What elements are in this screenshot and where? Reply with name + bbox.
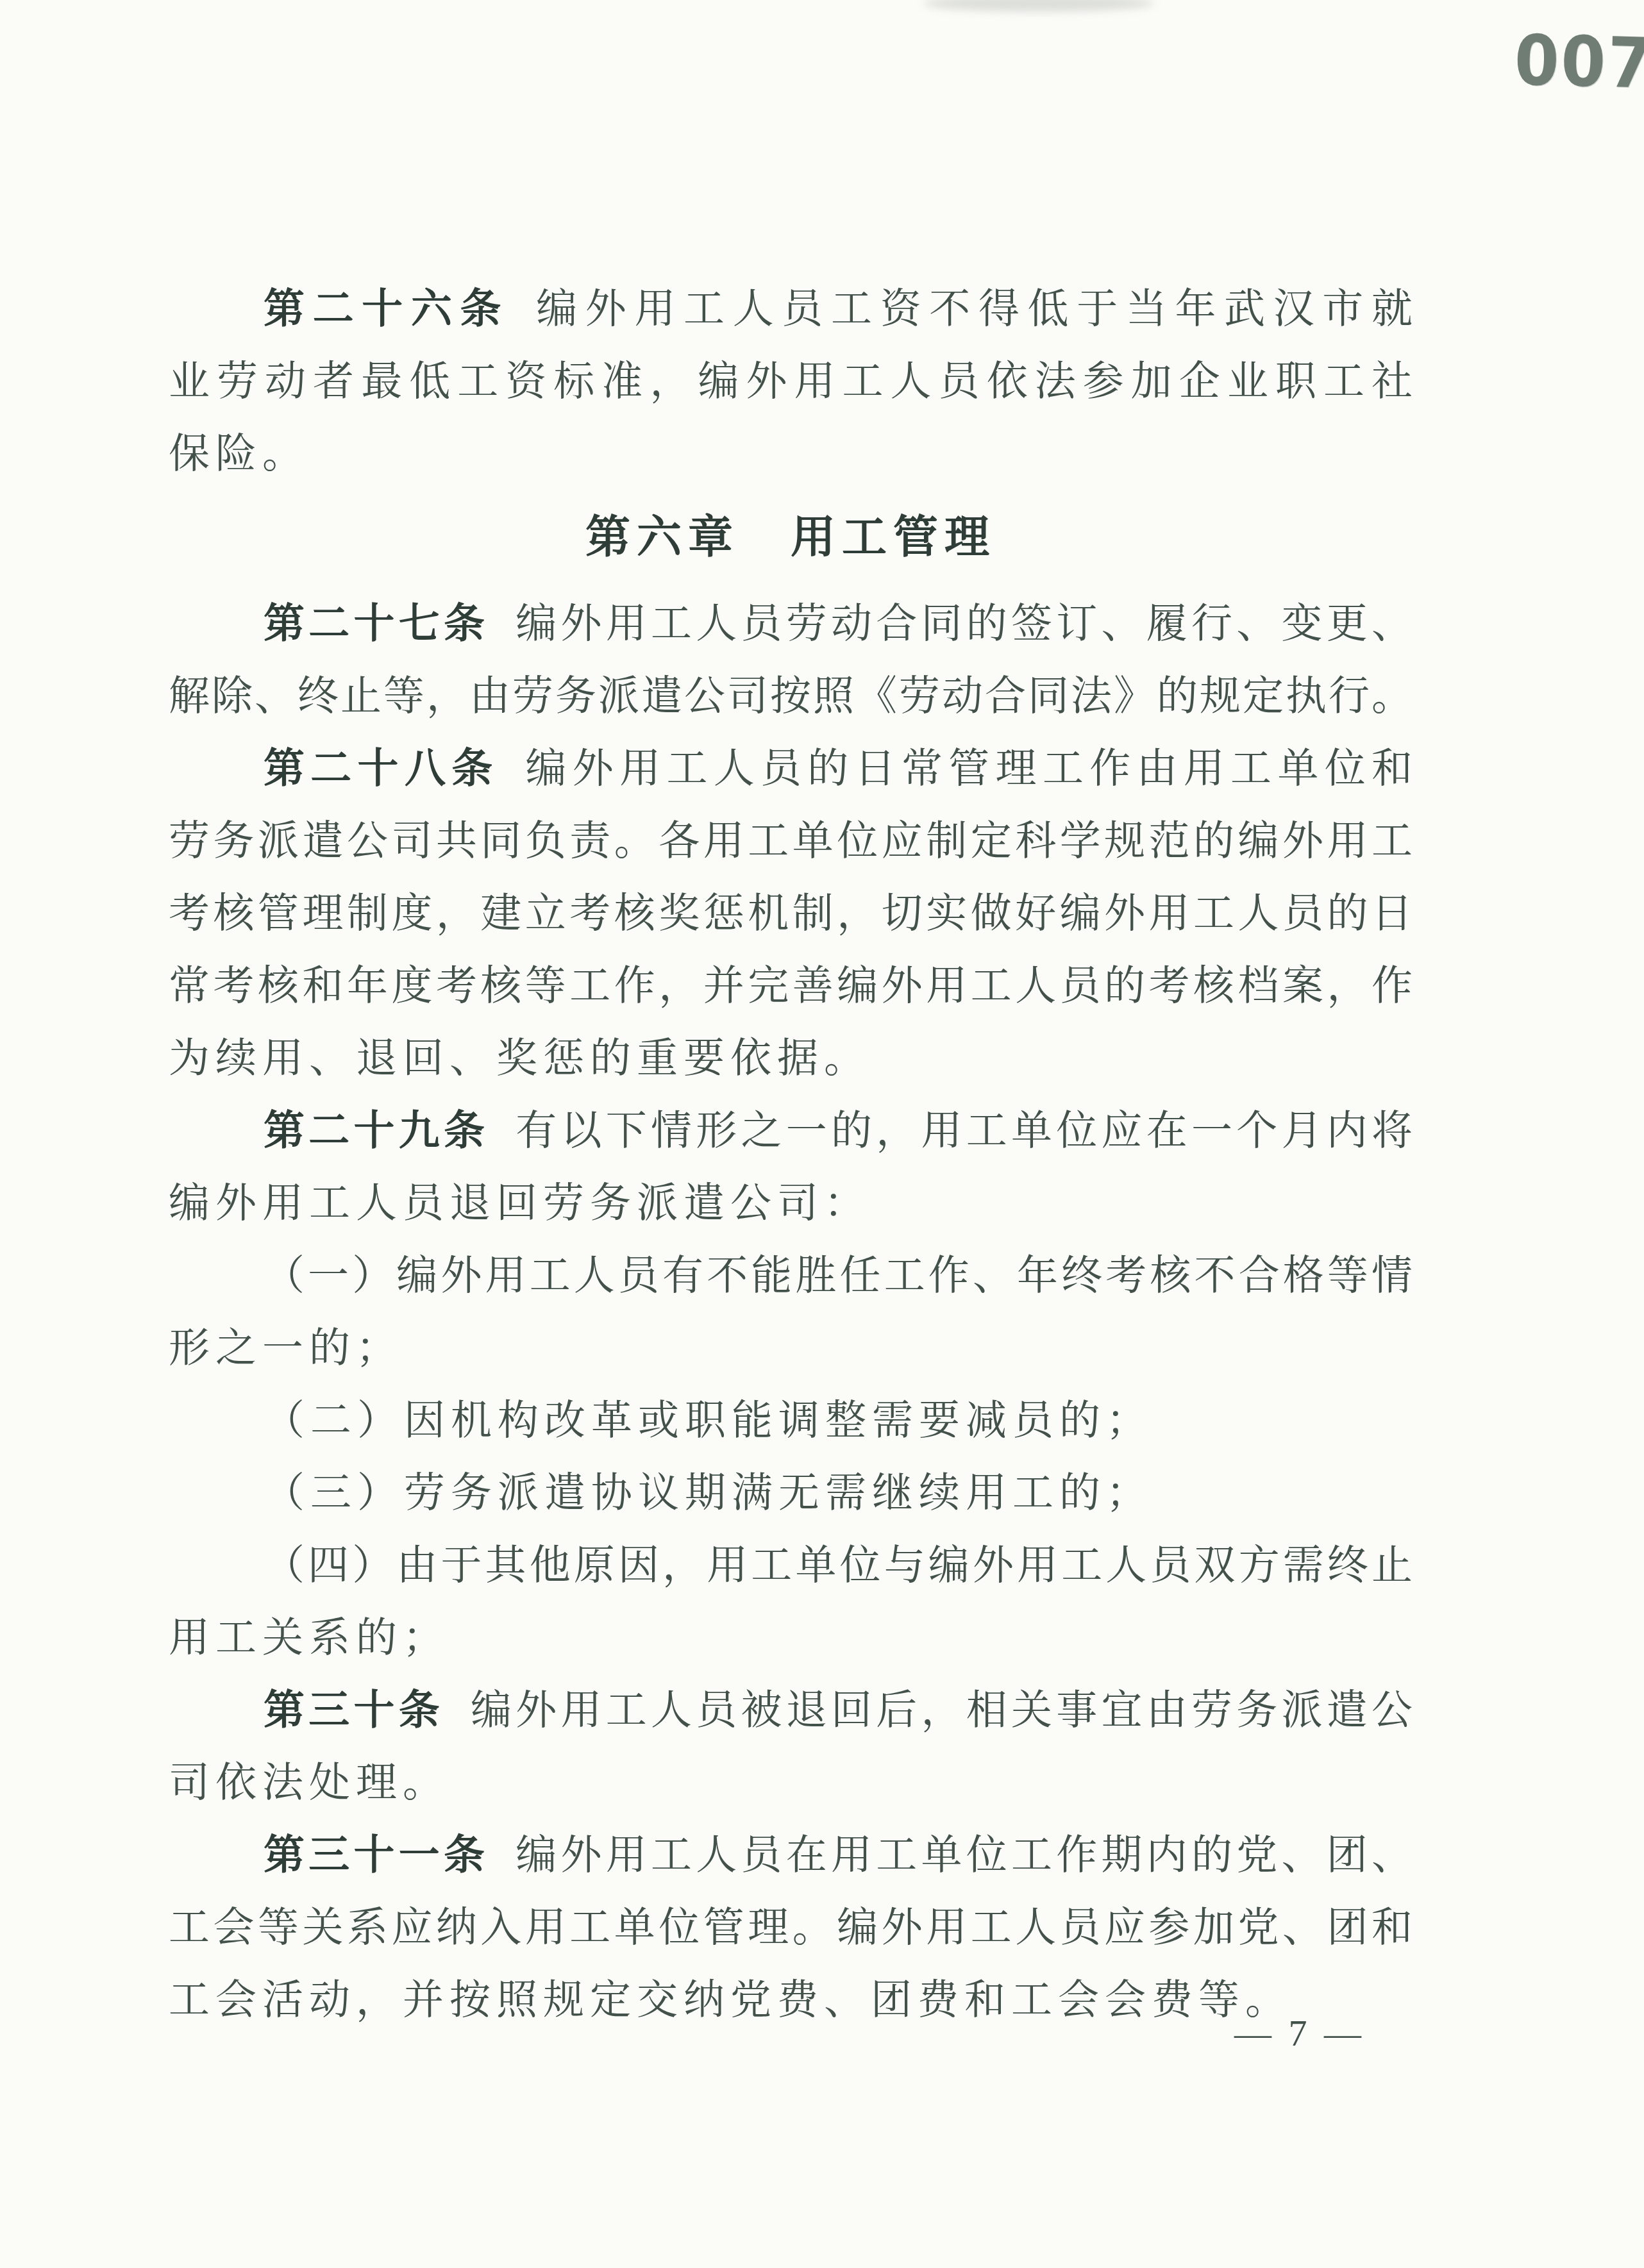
text-line: 为续用、退回、奖惩的重要依据。 — [169, 1022, 1413, 1094]
text-line: 解除、终止等，由劳务派遣公司按照《劳动合同法》的规定执行。 — [169, 660, 1413, 732]
text-line: 工会等关系应纳入用工单位管理。编外用工人员应参加党、团和 — [169, 1891, 1413, 1964]
text-line: 劳务派遣公司共同负责。各用工单位应制定科学规范的编外用工 — [169, 805, 1413, 877]
text-line: 编外用工人员退回劳务派遣公司： — [169, 1167, 1413, 1239]
text-line: （四）由于其他原因，用工单位与编外用工人员双方需终止 — [169, 1529, 1413, 1601]
article-text: 编外用工人员的日常管理工作由用工单位和 — [526, 746, 1413, 791]
article-number: 第二十七条 — [264, 601, 489, 646]
article-line: 第二十八条编外用工人员的日常管理工作由用工单位和 — [169, 732, 1413, 805]
footer-page-number: — 7 — — [1234, 2012, 1365, 2055]
text-line: （二）因机构改革或职能调整需要减员的； — [169, 1384, 1413, 1456]
scan-artifact — [923, 0, 1154, 12]
text-line: 保险。 — [169, 417, 1413, 490]
article-text: 编外用工人员工资不得低于当年武汉市就 — [536, 286, 1413, 331]
chapter-heading: 第六章 用工管理 — [169, 490, 1413, 587]
article-number: 第三十条 — [264, 1687, 444, 1733]
text-line: （三）劳务派遣协议期满无需继续用工的； — [169, 1456, 1413, 1529]
article-line: 第二十九条有以下情形之一的，用工单位应在一个月内将 — [169, 1094, 1413, 1167]
article-line: 第三十条编外用工人员被退回后，相关事宜由劳务派遣公 — [169, 1674, 1413, 1746]
article-number: 第二十六条 — [264, 286, 509, 331]
text-line: 考核管理制度，建立考核奖惩机制，切实做好编外用工人员的日 — [169, 877, 1413, 949]
text-line: 常考核和年度考核等工作，并完善编外用工人员的考核档案，作 — [169, 949, 1413, 1022]
text-line: （一）编外用工人员有不能胜任工作、年终考核不合格等情 — [169, 1239, 1413, 1312]
document-body: 第二十六条编外用工人员工资不得低于当年武汉市就业劳动者最低工资标准，编外用工人员… — [169, 272, 1413, 2036]
article-number: 第二十九条 — [264, 1108, 489, 1153]
article-number: 第二十八条 — [264, 746, 499, 791]
article-text: 编外用工人员在用工单位工作期内的党、团、 — [516, 1832, 1413, 1878]
document-page: 007 第二十六条编外用工人员工资不得低于当年武汉市就业劳动者最低工资标准，编外… — [0, 0, 1644, 2268]
article-number: 第三十一条 — [264, 1832, 489, 1878]
text-line: 用工关系的； — [169, 1601, 1413, 1674]
article-text: 编外用工人员被退回后，相关事宜由劳务派遣公 — [471, 1687, 1413, 1733]
text-line: 形之一的； — [169, 1312, 1413, 1384]
article-text: 编外用工人员劳动合同的签订、履行、变更、 — [516, 601, 1413, 646]
article-text: 有以下情形之一的，用工单位应在一个月内将 — [516, 1108, 1413, 1153]
text-line: 司依法处理。 — [169, 1746, 1413, 1819]
article-line: 第二十六条编外用工人员工资不得低于当年武汉市就 — [169, 272, 1413, 345]
page-stamp-number: 007 — [1513, 19, 1644, 104]
article-line: 第二十七条编外用工人员劳动合同的签订、履行、变更、 — [169, 587, 1413, 660]
text-line: 工会活动，并按照规定交纳党费、团费和工会会费等。 — [169, 1964, 1413, 2036]
article-line: 第三十一条编外用工人员在用工单位工作期内的党、团、 — [169, 1819, 1413, 1891]
text-line: 业劳动者最低工资标准，编外用工人员依法参加企业职工社 — [169, 345, 1413, 417]
